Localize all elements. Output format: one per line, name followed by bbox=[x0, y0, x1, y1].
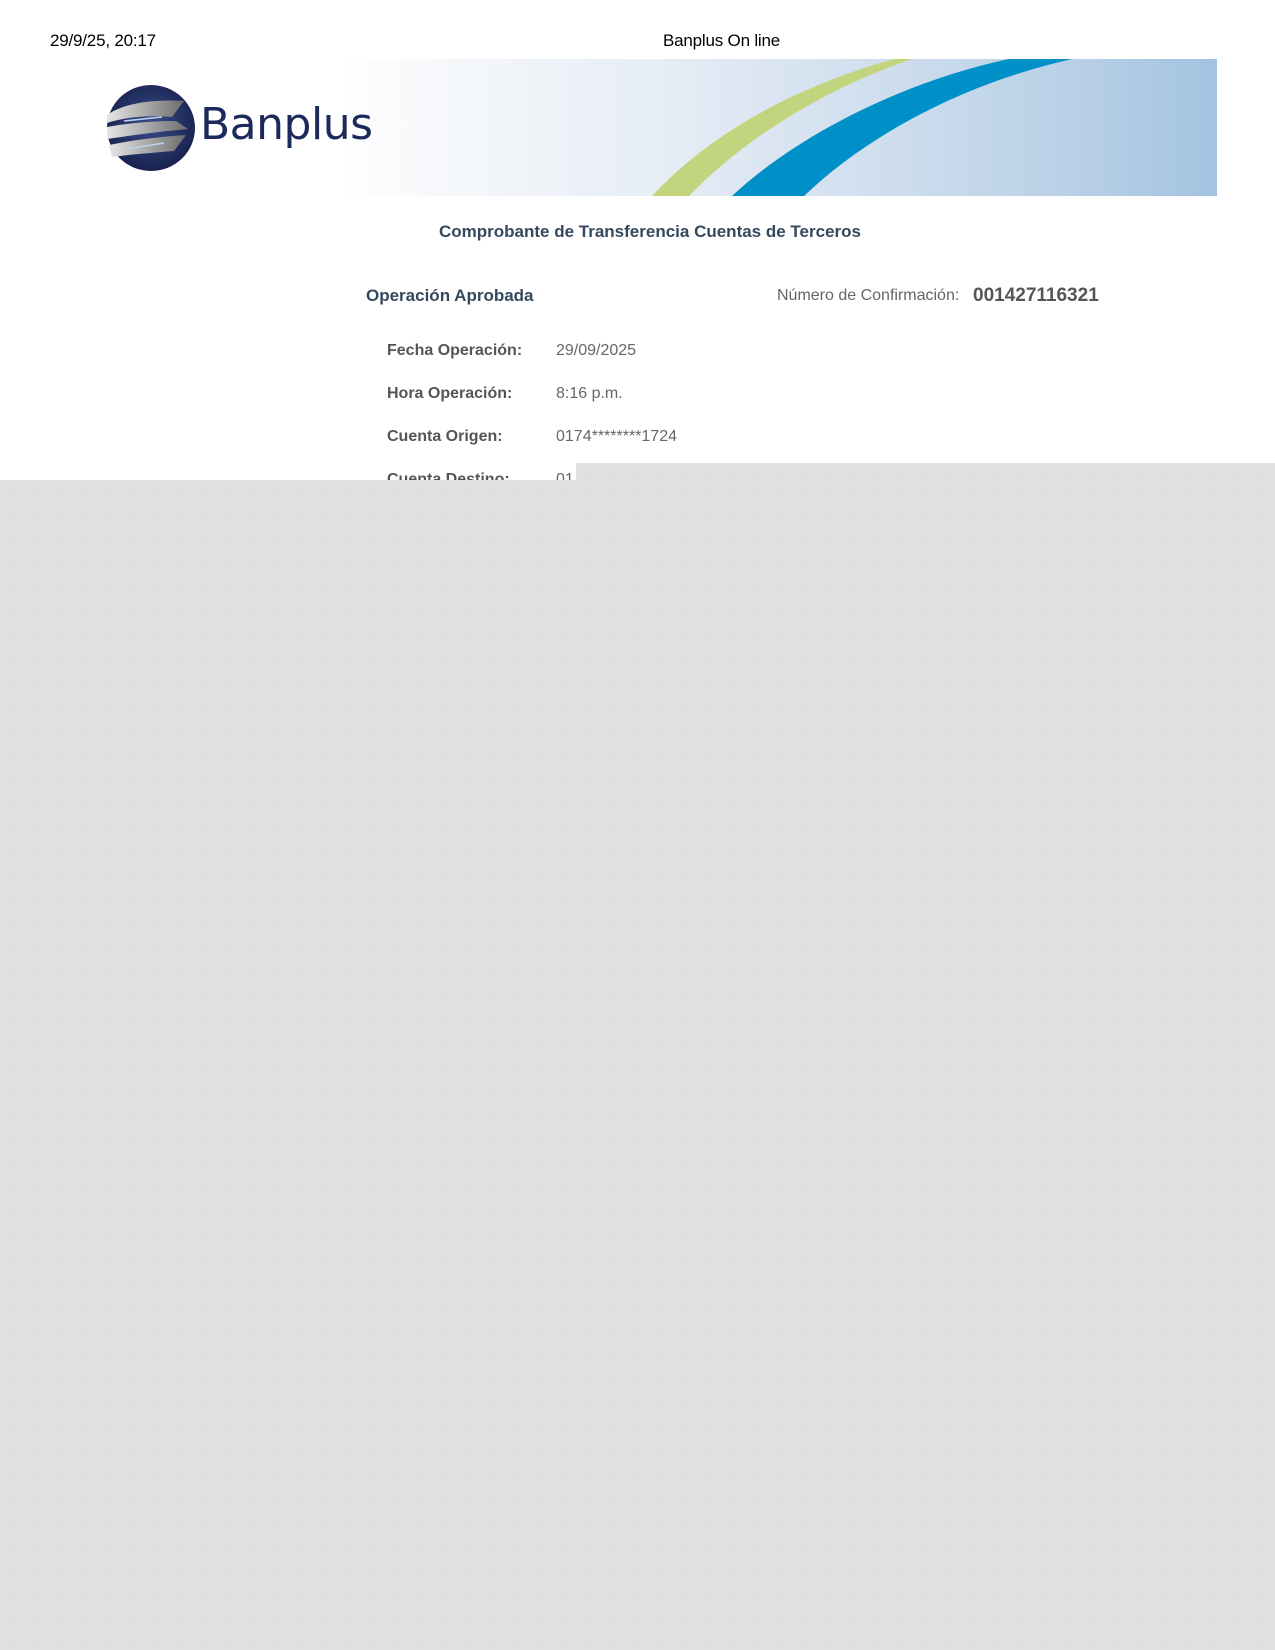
gray-overlay bbox=[0, 480, 1275, 1650]
detail-value: 8:16 p.m. bbox=[556, 385, 623, 403]
detail-value: 0174********1724 bbox=[556, 428, 677, 446]
print-header-page-title: Banplus On line bbox=[663, 31, 780, 51]
confirmation-number-value: 001427116321 bbox=[973, 285, 1099, 307]
header-banner: Banplus bbox=[104, 59, 1217, 196]
globe-icon bbox=[104, 83, 198, 173]
receipt-title: Comprobante de Transferencia Cuentas de … bbox=[439, 222, 861, 242]
print-header-datetime: 29/9/25, 20:17 bbox=[50, 31, 156, 51]
detail-row-hora: Hora Operación: 8:16 p.m. bbox=[387, 385, 787, 407]
banplus-logo: Banplus bbox=[104, 83, 364, 173]
confirmation-number-label: Número de Confirmación: bbox=[777, 287, 959, 305]
operation-status: Operación Aprobada bbox=[366, 286, 534, 306]
detail-row-fecha: Fecha Operación: 29/09/2025 bbox=[387, 342, 787, 364]
detail-label: Fecha Operación: bbox=[387, 342, 522, 360]
logo-wordmark: Banplus bbox=[200, 99, 373, 150]
detail-row-cuenta-origen: Cuenta Origen: 0174********1724 bbox=[387, 428, 787, 450]
detail-value: 29/09/2025 bbox=[556, 342, 636, 360]
detail-label: Cuenta Origen: bbox=[387, 428, 503, 446]
detail-label: Hora Operación: bbox=[387, 385, 512, 403]
